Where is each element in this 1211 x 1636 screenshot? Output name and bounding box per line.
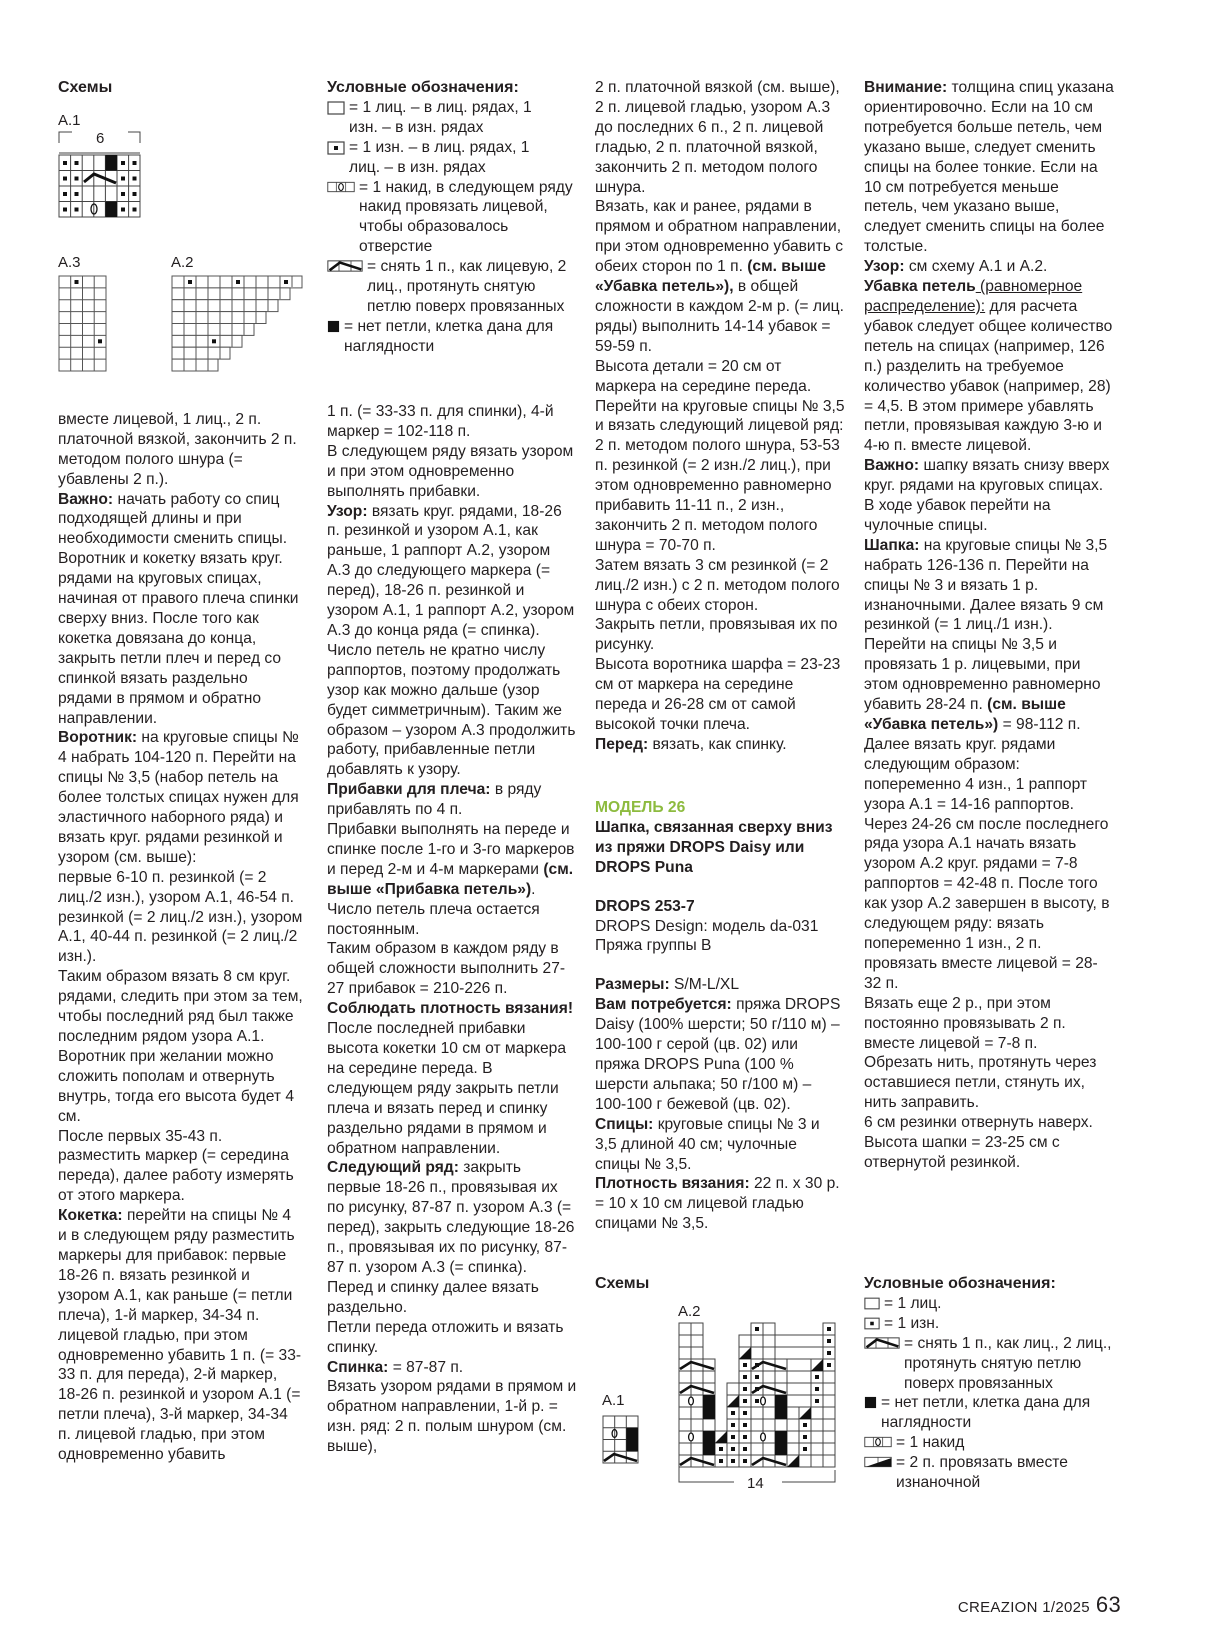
paragraph: Важно: начать работу со спиц подходящей … — [58, 490, 303, 550]
model-title: Шапка, связанная сверху вниз из пряжи DR… — [595, 818, 845, 878]
slip-pass-over-icon — [327, 260, 363, 272]
legend-item: = 1 накид — [864, 1433, 1114, 1453]
paragraph: Перед: вязать, как спинку. — [595, 735, 845, 755]
legend-title: Условные обозначения: — [327, 78, 577, 98]
paragraph: 2 п. платочной вязкой (см. выше), 2 п. л… — [595, 78, 845, 197]
spec-item: Плотность вязания: 22 п. x 30 р. = 10 x … — [595, 1174, 845, 1234]
slip-pass-over-icon — [864, 1337, 900, 1349]
chart-a1-label: A.1 — [58, 111, 81, 131]
legend-item: = 1 накид, в следующем ряду накид провяз… — [327, 178, 577, 258]
legend-item: = снять 1 п., как лицевую, 2 лиц., протя… — [327, 257, 577, 317]
paragraph: Узор: вязать круг. рядами, 18-26 п. рези… — [327, 502, 577, 781]
column-3: 2 п. платочной вязкой (см. выше), 2 п. л… — [595, 78, 845, 755]
legend-item: = снять 1 п., как лиц., 2 лиц., протянут… — [864, 1334, 1114, 1394]
paragraph: Воротник при желании можно сложить попол… — [58, 1047, 303, 1127]
p2tog-icon — [864, 1456, 892, 1468]
chart2-a2-width: 14 — [747, 1474, 764, 1494]
paragraph: Прибавки для плеча: в ряду прибавлять по… — [327, 780, 577, 820]
column-1: Схемы A.1 6 A — [58, 78, 303, 1465]
chart2-a1-label: A.1 — [602, 1391, 625, 1411]
paragraph: Шапка: на круговые спицы № 3,5 набрать 1… — [864, 536, 1114, 636]
model-design: DROPS Design: модель da-031 — [595, 917, 845, 937]
paragraph: Петли переда отложить и вязать спинку. — [327, 1318, 577, 1358]
paragraph: Вязать узором рядами в прямом и обратном… — [327, 1377, 577, 1457]
paragraph: Узор: см схему A.1 и A.2. — [864, 257, 1114, 277]
paragraph: вместе лицевой, 1 лиц., 2 п. платочной в… — [58, 410, 303, 490]
chart-a3-grid — [58, 275, 108, 373]
paragraph: После первых 35-43 п. разместить маркер … — [58, 1127, 303, 1207]
chart-a2-grid — [171, 275, 303, 373]
spec-item: Размеры: S/M-L/XL — [595, 975, 845, 995]
col1-body: вместе лицевой, 1 лиц., 2 п. платочной в… — [58, 410, 303, 1465]
col3-body: 2 п. платочной вязкой (см. выше), 2 п. л… — [595, 78, 845, 755]
legend-item: = нет петли, клетка дана для наглядности — [327, 317, 577, 357]
paragraph: 6 см резинки отвернуть наверх. Высота ша… — [864, 1113, 1114, 1173]
paragraph: Вязать еще 2 р., при этом постоянно пров… — [864, 994, 1114, 1054]
empty-square-icon — [864, 1297, 880, 1310]
paragraph: Таким образом вязать 8 см круг. рядами, … — [58, 967, 303, 1047]
legend-2: Условные обозначения: = 1 лиц. = 1 изн. … — [864, 1274, 1114, 1493]
col2-body: 1 п. (= 33-33 п. для спинки), 4-й маркер… — [327, 402, 577, 1457]
legend-2-title: Условные обозначения: — [864, 1274, 1114, 1294]
column-2: Условные обозначения: = 1 лиц. – в лиц. … — [327, 78, 577, 357]
chart-a1: A.1 6 — [58, 111, 303, 229]
magazine-issue: CREAZION 1/2025 — [958, 1599, 1090, 1616]
charts-a3-a2: A.3 A.2 — [58, 253, 303, 398]
legend-item: = 2 п. провязать вместе изнаночной — [864, 1453, 1114, 1493]
yarn-over-icon — [327, 181, 355, 193]
paragraph: Обрезать нить, протянуть через оставшиес… — [864, 1053, 1114, 1113]
spec-item: Вам потребуется: пряжа DROPS Daisy (100%… — [595, 995, 845, 1114]
chart2-a1-grid — [602, 1415, 640, 1465]
paragraph: Закрыть петли, провязывая их по рисунку. — [595, 615, 845, 655]
legend-item: = 1 изн. — [864, 1314, 1114, 1334]
dot-square-icon — [327, 141, 345, 155]
black-square-icon — [327, 320, 340, 333]
chart2-a2-grid — [678, 1322, 838, 1472]
paragraph: Перейти на спицы № 3,5 и провязать 1 р. … — [864, 635, 1114, 735]
chart-a1-width: 6 — [96, 129, 104, 149]
paragraph: Затем вязать 3 см резинкой (= 2 лиц./2 и… — [595, 556, 845, 616]
paragraph: Воротник: на круговые спицы № 4 набрать … — [58, 728, 303, 867]
model-code: DROPS 253-7 — [595, 897, 845, 917]
paragraph: В следующем ряду вязать узором и при это… — [327, 442, 577, 502]
page-footer: CREAZION 1/202563 — [958, 1592, 1121, 1618]
legend-item: = 1 изн. – в лиц. рядах, 1 лиц. – в изн.… — [327, 138, 577, 178]
model-section: МОДЕЛЬ 26 Шапка, связанная сверху вниз и… — [595, 798, 845, 1234]
spec-item: Спицы: круговые спицы № 3 и 3,5 длиной 4… — [595, 1115, 845, 1175]
chart-a3-label: A.3 — [58, 253, 81, 273]
page-number: 63 — [1096, 1592, 1121, 1617]
paragraph: Вязать, как и ранее, рядами в прямом и о… — [595, 197, 845, 356]
legend: = 1 лиц. – в лиц. рядах, 1 изн. – в изн.… — [327, 98, 577, 357]
paragraph: Воротник и кокетку вязать круг. рядами н… — [58, 549, 303, 728]
paragraph: Высота воротника шарфа = 23-23 см от мар… — [595, 655, 845, 735]
black-square-icon — [864, 1396, 877, 1409]
paragraph: первые 6-10 п. резинкой (= 2 лиц./2 изн.… — [58, 868, 303, 968]
legend-item: = 1 лиц. — [864, 1294, 1114, 1314]
paragraph: Прибавки выполнять на переде и спинке по… — [327, 820, 577, 939]
column-4: Внимание: толщина спиц указана ориентиро… — [864, 78, 1114, 1173]
yarn-over-icon — [864, 1436, 892, 1448]
paragraph: Спинка: = 87-87 п. — [327, 1358, 577, 1378]
paragraph: Важно: шапку вязать снизу вверх круг. ря… — [864, 456, 1114, 536]
paragraph: Следующий ряд: закрыть первые 18-26 п., … — [327, 1158, 577, 1317]
legend-item: = нет петли, клетка дана для наглядности — [864, 1393, 1114, 1433]
paragraph: Таким образом в каждом ряду в общей слож… — [327, 939, 577, 1158]
dot-square-icon — [864, 1317, 880, 1330]
col4-body: Внимание: толщина спиц указана ориентиро… — [864, 78, 1114, 1173]
charts-title-2: Схемы — [595, 1274, 649, 1294]
model-label: МОДЕЛЬ 26 — [595, 798, 845, 818]
paragraph: Высота детали = 20 см от маркера на сере… — [595, 357, 845, 556]
paragraph: Убавка петель (равномерное распределение… — [864, 277, 1114, 456]
chart2-a2-label: A.2 — [678, 1302, 701, 1322]
legend-item: = 1 лиц. – в лиц. рядах, 1 изн. – в изн.… — [327, 98, 577, 138]
charts-title: Схемы — [58, 78, 303, 98]
empty-square-icon — [327, 101, 345, 115]
paragraph: Далее вязать круг. рядами следующим обра… — [864, 735, 1114, 815]
model-yarn-group: Пряжа группы B — [595, 936, 845, 956]
paragraph: Внимание: толщина спиц указана ориентиро… — [864, 78, 1114, 257]
paragraph: 1 п. (= 33-33 п. для спинки), 4-й маркер… — [327, 402, 577, 442]
chart-a2-label: A.2 — [171, 253, 194, 273]
paragraph: Через 24-26 см после последнего ряда узо… — [864, 815, 1114, 994]
paragraph: Кокетка: перейти на спицы № 4 и в следую… — [58, 1206, 303, 1465]
model-specs: Размеры: S/M-L/XL Вам потребуется: пряжа… — [595, 975, 845, 1234]
